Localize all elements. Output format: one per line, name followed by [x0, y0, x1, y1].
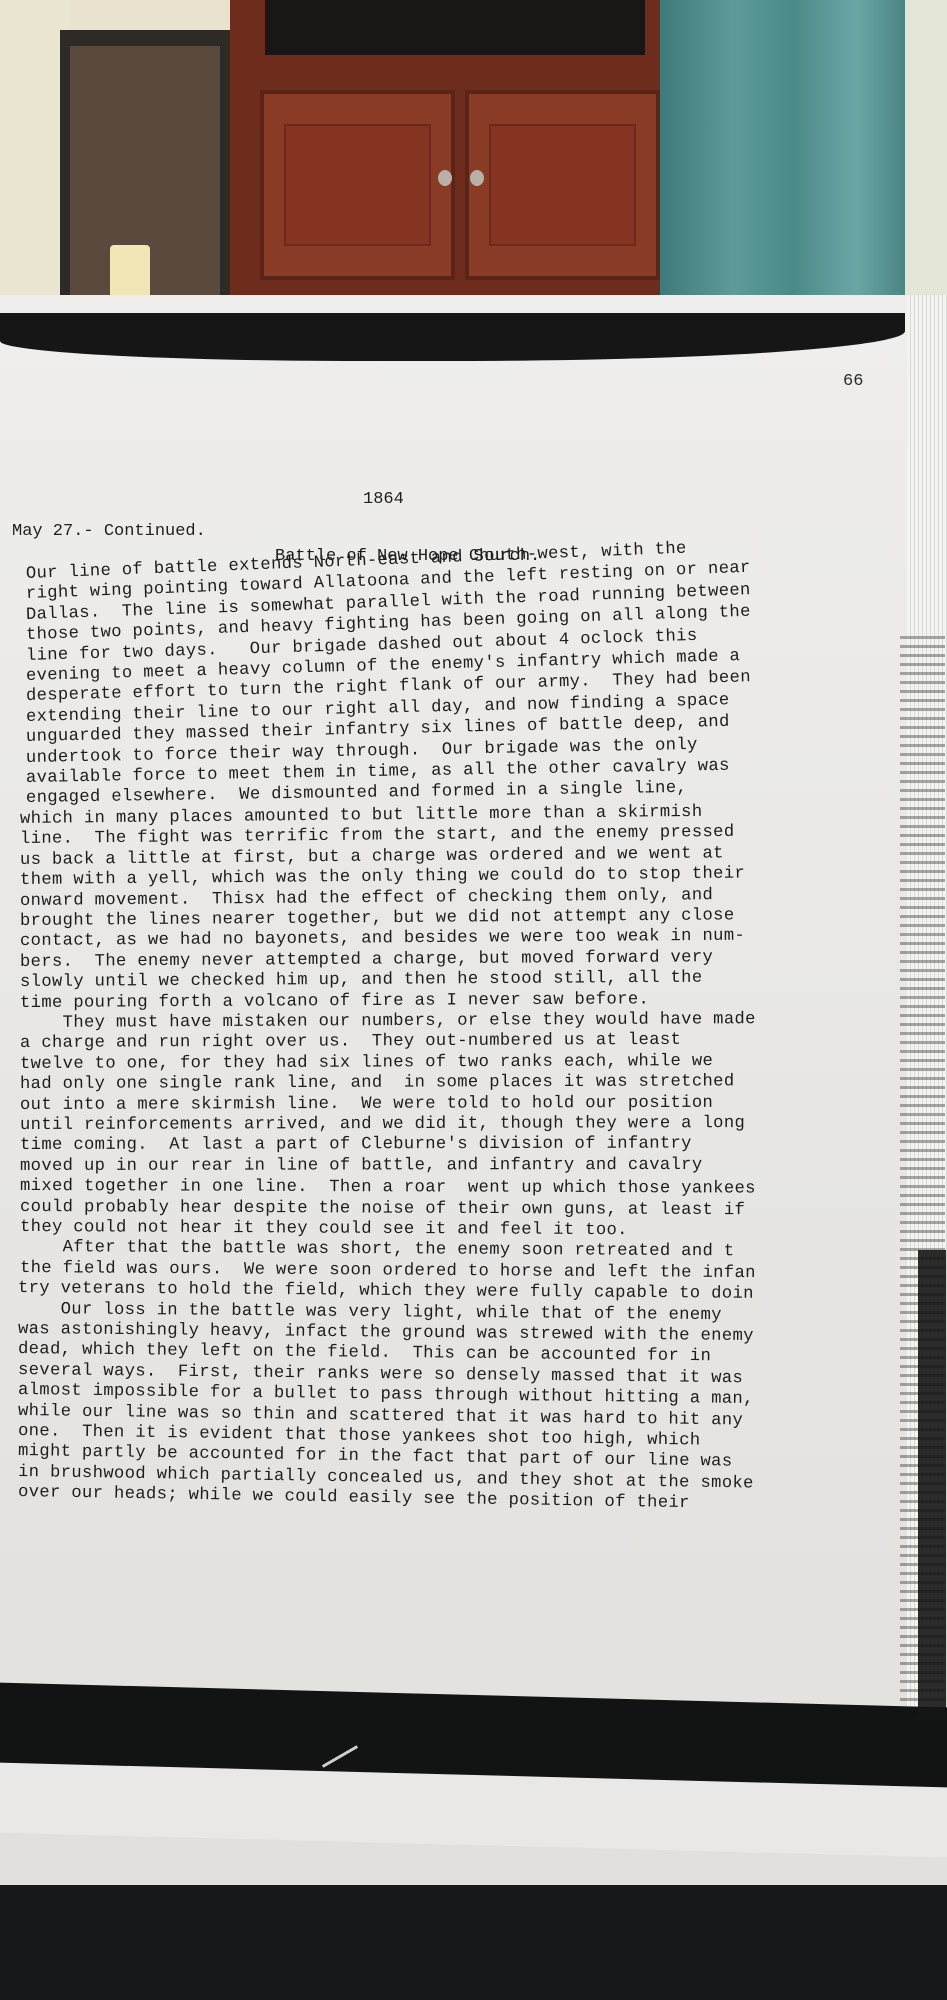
cabinet-door-right	[465, 90, 660, 280]
year-heading: 1864	[363, 490, 404, 509]
knob-icon	[470, 170, 484, 186]
scan-edge-shadow	[918, 1250, 946, 1720]
tv-shelf	[265, 0, 645, 55]
text-line: until reinforcements arrived, and we did…	[20, 1114, 908, 1137]
window	[905, 0, 947, 330]
text-line: moved up in our rear in line of battle, …	[20, 1155, 908, 1177]
lantern	[60, 30, 230, 320]
document-body: Our line of battle extends North-east an…	[18, 565, 908, 1504]
dark-surface	[0, 1885, 947, 2000]
cabinet-door-left	[260, 90, 455, 280]
text-line: time coming. At last a part of Cleburne'…	[20, 1135, 908, 1157]
page-number: 66	[843, 372, 863, 391]
date-heading: May 27.- Continued.	[12, 522, 206, 541]
text-line: out into a mere skirmish line. We were t…	[20, 1093, 908, 1116]
background-room-photo	[0, 0, 947, 330]
teal-curtain	[660, 0, 905, 330]
text-line: had only one single rank line, and in so…	[20, 1072, 908, 1096]
text-line: mixed together in one line. Then a roar …	[20, 1177, 908, 1201]
wooden-cabinet	[230, 0, 680, 330]
candle	[110, 245, 150, 300]
knob-icon	[438, 170, 452, 186]
